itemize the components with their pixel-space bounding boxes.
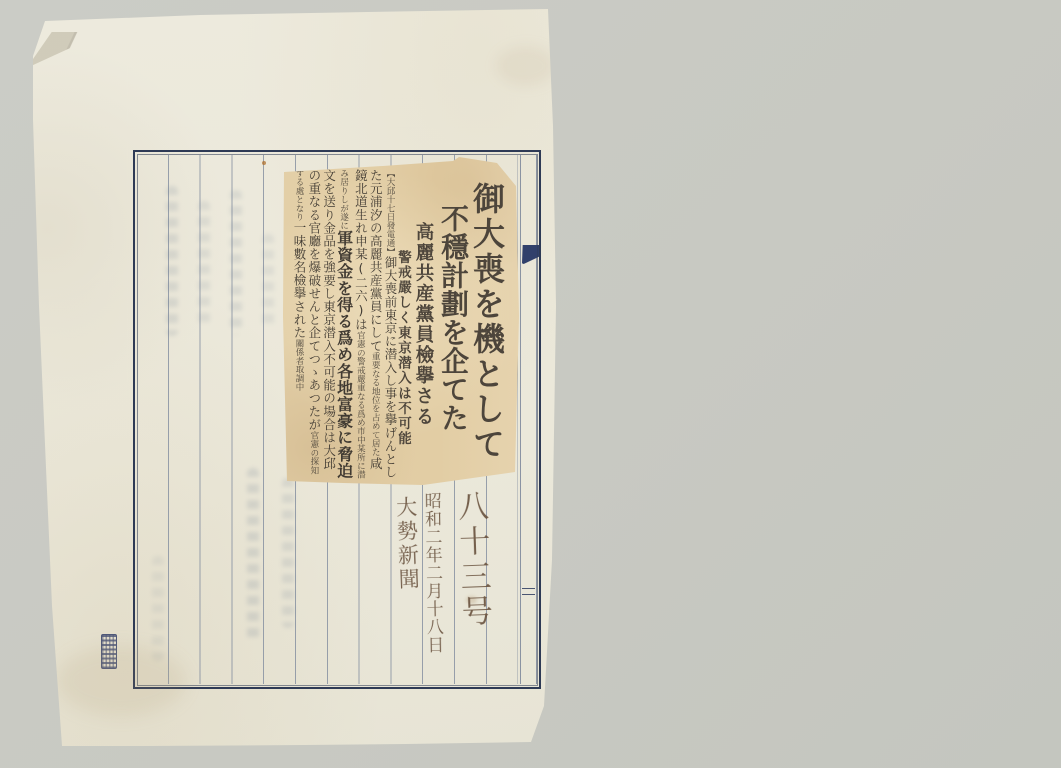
- stain: [56, 646, 186, 716]
- ink-bleedthrough: [247, 468, 259, 640]
- handwritten-catalog-number: 八十三号: [450, 489, 495, 630]
- handwritten-source: 大勢新聞: [392, 496, 420, 593]
- ink-bleedthrough: [230, 190, 242, 335]
- ink-bleedthrough: [262, 234, 274, 329]
- handwritten-date: 昭和二年二月十八日: [420, 492, 445, 654]
- ink-bleedthrough: [282, 478, 294, 628]
- article-segment: 一味數名檢擧された: [292, 221, 307, 339]
- article-segment: が: [307, 418, 322, 431]
- ink-bleedthrough: [198, 201, 210, 326]
- newspaper-clipping: 御大喪を機として 不穩計劃を企てた 高麗共産黨員檢擧さる 警戒嚴しく東京潜入は不…: [283, 156, 521, 488]
- stain: [496, 46, 556, 86]
- article-dateline: 【大邱十七日發電通】: [385, 169, 395, 256]
- article-segment: 御大喪前東京に潜入し事を擧げんと: [383, 256, 398, 466]
- stain: [262, 161, 266, 165]
- fold-column-tick: [522, 594, 535, 595]
- article-segment: 文を送り金品を強要し東京潜入不可能の場合は: [322, 169, 337, 444]
- article-body: 【大邱十七日發電通】御大喪前東京に潜入し事を擧げんとした元浦汐の高麗共産黨員にし…: [285, 169, 397, 482]
- headline-line-1: 御大喪を機として: [469, 182, 505, 462]
- ink-bleedthrough: [166, 186, 178, 336]
- fold-column-rule-left: [520, 155, 521, 684]
- article-segment-small: 重要なる地位を占めて居た: [370, 352, 380, 456]
- article-segment-small: 關係者取調中: [294, 339, 304, 391]
- headline-line-2: 不穩計劃を企てた: [437, 204, 469, 432]
- headline-line-3: 高麗共産黨員檢擧さる: [412, 222, 435, 427]
- fold-column-tick: [522, 588, 535, 589]
- ink-bleedthrough: [152, 556, 164, 661]
- page-corner-fold: [31, 32, 105, 66]
- article-segment-large: 軍資金を得る爲め各地富豪に脅迫: [335, 230, 354, 479]
- scan-background: 御大喪を機として 不穩計劃を企てた 高麗共産黨員檢擧さる 警戒嚴しく東京潜入は不…: [0, 0, 1061, 768]
- fold-column-rule-right: [536, 155, 537, 684]
